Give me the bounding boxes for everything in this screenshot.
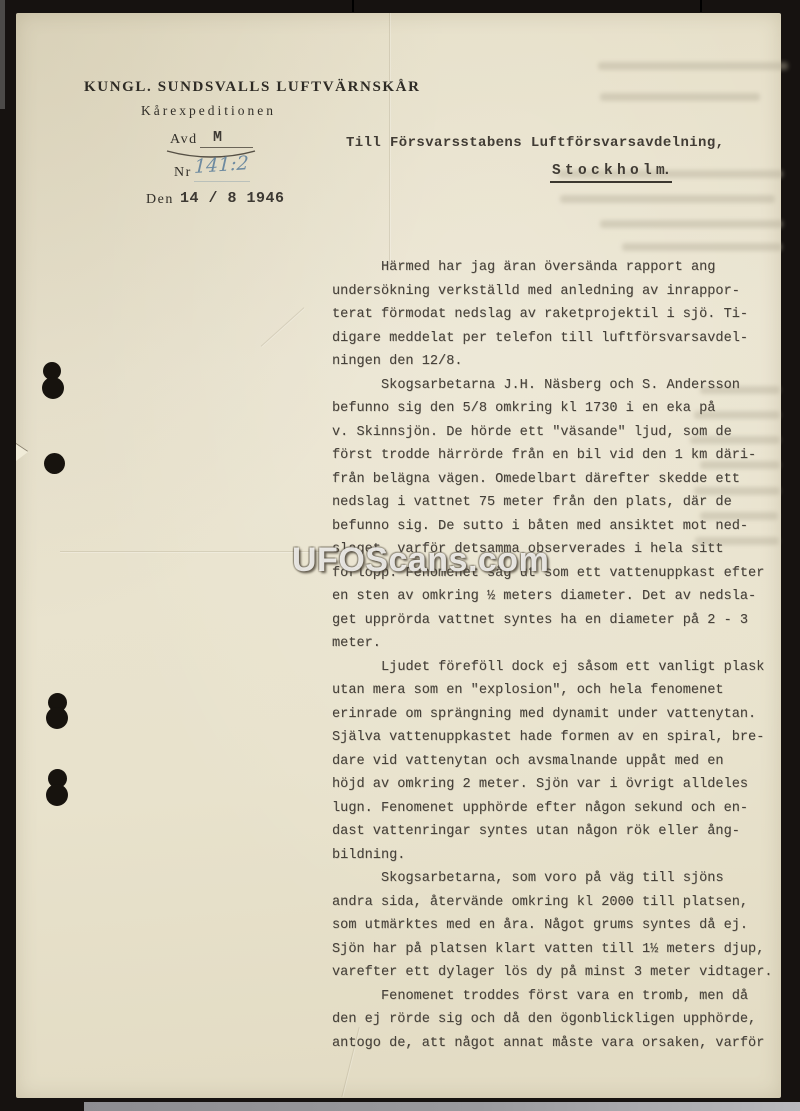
body-line: befunno sig den 5/8 omkring kl 1730 i en…	[332, 397, 792, 421]
letterhead-organization: KUNGL. SUNDSVALLS LUFTVÄRNSKÅR	[84, 79, 421, 96]
body-line: den ej rörde sig och då den ögonblicklig…	[332, 1008, 792, 1032]
recipient-city-underline	[550, 181, 672, 183]
body-line: Sjön har på platsen klart vatten till 1½…	[332, 938, 792, 962]
frame-seam	[700, 0, 702, 12]
body-line: Själva vattenuppkastet hade formen av en…	[332, 726, 792, 750]
scan-edge-artifact	[84, 1102, 800, 1111]
body-line: befunno sig. De sutto i båten med ansikt…	[332, 515, 792, 539]
nr-fill-line	[194, 181, 250, 182]
avd-field-value: M	[213, 129, 222, 146]
date-field-label: Den	[146, 192, 174, 208]
ufoscans-watermark: UFOScans.com	[292, 541, 549, 580]
punch-hole	[42, 377, 64, 399]
body-line: Ljudet föreföll dock ej såsom ett vanlig…	[332, 656, 792, 680]
body-line: Härmed har jag äran översända rapport an…	[332, 256, 792, 280]
punch-hole	[46, 707, 68, 729]
scanned-document: KUNGL. SUNDSVALLS LUFTVÄRNSKÅR Kårexpedi…	[0, 0, 800, 1111]
scan-edge-artifact	[0, 0, 5, 109]
body-line: lugn. Fenomenet upphörde efter någon sek…	[332, 797, 792, 821]
body-line: en sten av omkring ½ meters diameter. De…	[332, 585, 792, 609]
body-line: digare meddelat per telefon till luftför…	[332, 327, 792, 351]
body-line: Fenomenet troddes först vara en tromb, m…	[332, 985, 792, 1009]
recipient-address: Till Försvarsstabens Luftförsvarsavdelni…	[346, 135, 724, 151]
body-line: bildning.	[332, 844, 792, 868]
bleed-through-line	[600, 93, 760, 101]
body-line: utan mera som en "explosion", och hela f…	[332, 679, 792, 703]
body-line: dast vattenringar syntes utan någon rök …	[332, 820, 792, 844]
punch-hole	[46, 784, 68, 806]
body-line: antogo de, att något annat måste vara or…	[332, 1032, 792, 1056]
nr-field-value-handwritten: 141:2	[194, 152, 249, 178]
body-line: nedslag i vattnet 75 meter från den plat…	[332, 491, 792, 515]
bleed-through-line	[560, 195, 775, 203]
body-line: terat förmodat nedslag av raketprojektil…	[332, 303, 792, 327]
body-line: meter.	[332, 632, 792, 656]
torn-notch	[16, 444, 28, 461]
body-line: höjd av omkring 2 meter. Sjön var i övri…	[332, 773, 792, 797]
body-line: först trodde härrörde från en bil vid de…	[332, 444, 792, 468]
nr-field-label: Nr	[174, 165, 192, 181]
body-line: Skogsarbetarna J.H. Näsberg och S. Ander…	[332, 374, 792, 398]
bleed-through-line	[600, 220, 783, 228]
date-field-value: 14 / 8 1946	[180, 190, 285, 207]
body-text: Härmed har jag äran översända rapport an…	[332, 256, 792, 1055]
body-line: ningen den 12/8.	[332, 350, 792, 374]
body-line: undersökning verkställd med anledning av…	[332, 280, 792, 304]
body-line: erinrade om sprängning med dynamit under…	[332, 703, 792, 727]
body-line: som utmärktes med en åra. Något grums sy…	[332, 914, 792, 938]
avd-field-label: Avd	[170, 132, 198, 148]
bleed-through-line	[622, 243, 782, 251]
body-line: dare vid vattenytan och avsmalnande uppå…	[332, 750, 792, 774]
body-line: v. Skinnsjön. De hörde ett "väsande" lju…	[332, 421, 792, 445]
body-line: get upprörda vattnet syntes ha en diamet…	[332, 609, 792, 633]
punch-hole	[44, 453, 65, 474]
frame-seam	[352, 0, 354, 12]
recipient-city: S t o c k h o l m.	[552, 163, 669, 179]
body-line: Skogsarbetarna, som voro på väg till sjö…	[332, 867, 792, 891]
bleed-through-line	[598, 62, 788, 70]
body-line: från belägna vägen. Omedelbart därefter …	[332, 468, 792, 492]
body-line: varefter ett dylager lös dy på minst 3 m…	[332, 961, 792, 985]
letterhead-office: Kårexpeditionen	[141, 103, 276, 119]
body-line: andra sida, återvände omkring kl 2000 ti…	[332, 891, 792, 915]
